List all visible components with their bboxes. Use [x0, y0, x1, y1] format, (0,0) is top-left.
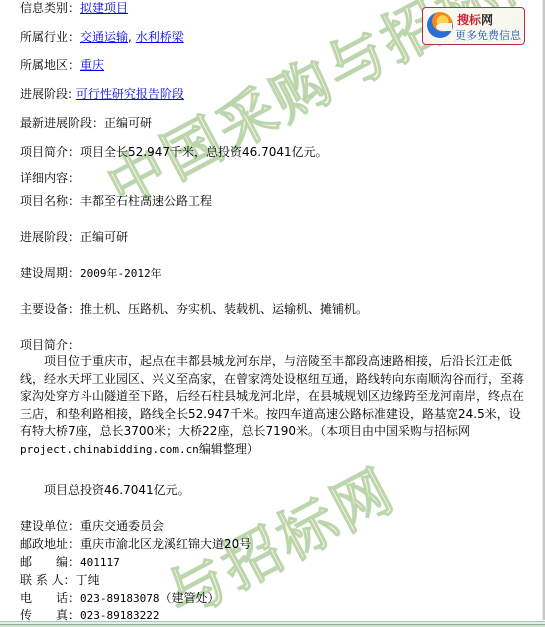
- intro-paragraph: 项目位于重庆市，起点在丰都县城龙河东岸，与涪陵至丰都段高速路相接，后沿长江走低线…: [20, 353, 525, 458]
- project-name-row: 项目名称：丰都至石柱高速公路工程: [20, 194, 212, 208]
- postcode-value: 401117: [80, 556, 120, 569]
- address-row: 邮政地址：重庆市渝北区龙溪红锦大道20号: [20, 537, 251, 551]
- postcode-label: 邮 编：: [20, 555, 80, 569]
- soubiao-ad-banner[interactable]: 搜标网 更多免费信息: [422, 7, 525, 45]
- period-row: 建设周期：2009年-2012年: [20, 266, 162, 281]
- address-label: 邮政地址：: [20, 537, 80, 551]
- industry-link-transport[interactable]: 交通运输: [80, 30, 128, 44]
- summary-value: 项目全长52.947千米，总投资46.7041亿元。: [80, 145, 328, 159]
- intro-heading: 项目简介：: [20, 338, 80, 352]
- phone-label: 电 话：: [20, 591, 80, 605]
- summary-row: 项目简介：项目全长52.947千米，总投资46.7041亿元。: [20, 145, 328, 159]
- phone-note: （建管处）: [160, 591, 220, 605]
- intro-tail: 编辑整理）: [199, 442, 259, 456]
- soubiao-logo-icon: [427, 12, 453, 38]
- bottom-border-divider: [0, 621, 545, 627]
- period-value: 2009年-2012年: [80, 267, 162, 280]
- ad-title: 搜标网: [457, 11, 493, 28]
- stage-label: 进展阶段:: [20, 87, 72, 101]
- phone-row: 电 话：023-89183078（建管处）: [20, 591, 220, 606]
- equipment-label: 主要设备：: [20, 302, 80, 316]
- intro-source-url: project.chinabidding.com.cn: [20, 443, 199, 456]
- phone-value: 023-89183078: [80, 592, 159, 605]
- project-detail-page: 中国采购与招标网 与招标网 搜标网 更多免费信息 信息类别：拟建项目 所属行业：…: [0, 0, 543, 627]
- progress-value: 正编可研: [80, 230, 128, 244]
- postcode-row: 邮 编：401117: [20, 555, 120, 570]
- summary-label: 项目简介：: [20, 145, 80, 159]
- equipment-value: 推土机、压路机、夯实机、装载机、运输机、摊铺机。: [80, 302, 368, 316]
- total-investment: 项目总投资46.7041亿元。: [44, 483, 190, 497]
- period-label: 建设周期：: [20, 266, 80, 280]
- unit-label: 建设单位：: [20, 519, 80, 533]
- category-label: 信息类别：: [20, 1, 80, 15]
- latest-stage-value: 正编可研: [104, 116, 152, 130]
- unit-row: 建设单位：重庆交通委员会: [20, 519, 164, 533]
- info-stage-row: 进展阶段: 可行性研究报告阶段: [20, 87, 184, 101]
- equipment-row: 主要设备：推土机、压路机、夯实机、装载机、运输机、摊铺机。: [20, 302, 368, 316]
- project-name-value: 丰都至石柱高速公路工程: [80, 194, 212, 208]
- fax-label: 传 真：: [20, 608, 80, 622]
- region-label: 所属地区：: [20, 58, 80, 72]
- industry-label: 所属行业：: [20, 30, 80, 44]
- latest-stage-row: 最新进展阶段：正编可研: [20, 116, 152, 130]
- project-name-label: 项目名称：: [20, 194, 80, 208]
- details-heading: 详细内容：: [20, 171, 80, 185]
- info-industry-row: 所属行业：交通运输, 水利桥梁: [20, 30, 184, 44]
- ad-subtitle: 更多免费信息: [455, 27, 521, 43]
- latest-stage-label: 最新进展阶段：: [20, 116, 104, 130]
- region-link[interactable]: 重庆: [80, 58, 104, 72]
- intro-text: 项目位于重庆市，起点在丰都县城龙河东岸，与涪陵至丰都段高速路相接，后沿长江走低线…: [20, 354, 524, 438]
- category-link[interactable]: 拟建项目: [80, 1, 128, 15]
- progress-row: 进展阶段：正编可研: [20, 230, 128, 244]
- info-region-row: 所属地区：重庆: [20, 58, 104, 72]
- contact-person-label: 联 系 人：: [20, 573, 76, 587]
- address-value: 重庆市渝北区龙溪红锦大道20号: [80, 537, 251, 551]
- contact-person-value: 丁纯: [76, 573, 100, 587]
- contact-person-row: 联 系 人：丁纯: [20, 573, 100, 587]
- stage-link[interactable]: 可行性研究报告阶段: [76, 87, 184, 101]
- info-category-row: 信息类别：拟建项目: [20, 1, 128, 15]
- unit-value: 重庆交通委员会: [80, 519, 164, 533]
- progress-label: 进展阶段：: [20, 230, 80, 244]
- industry-link-water-bridge[interactable]: 水利桥梁: [136, 30, 184, 44]
